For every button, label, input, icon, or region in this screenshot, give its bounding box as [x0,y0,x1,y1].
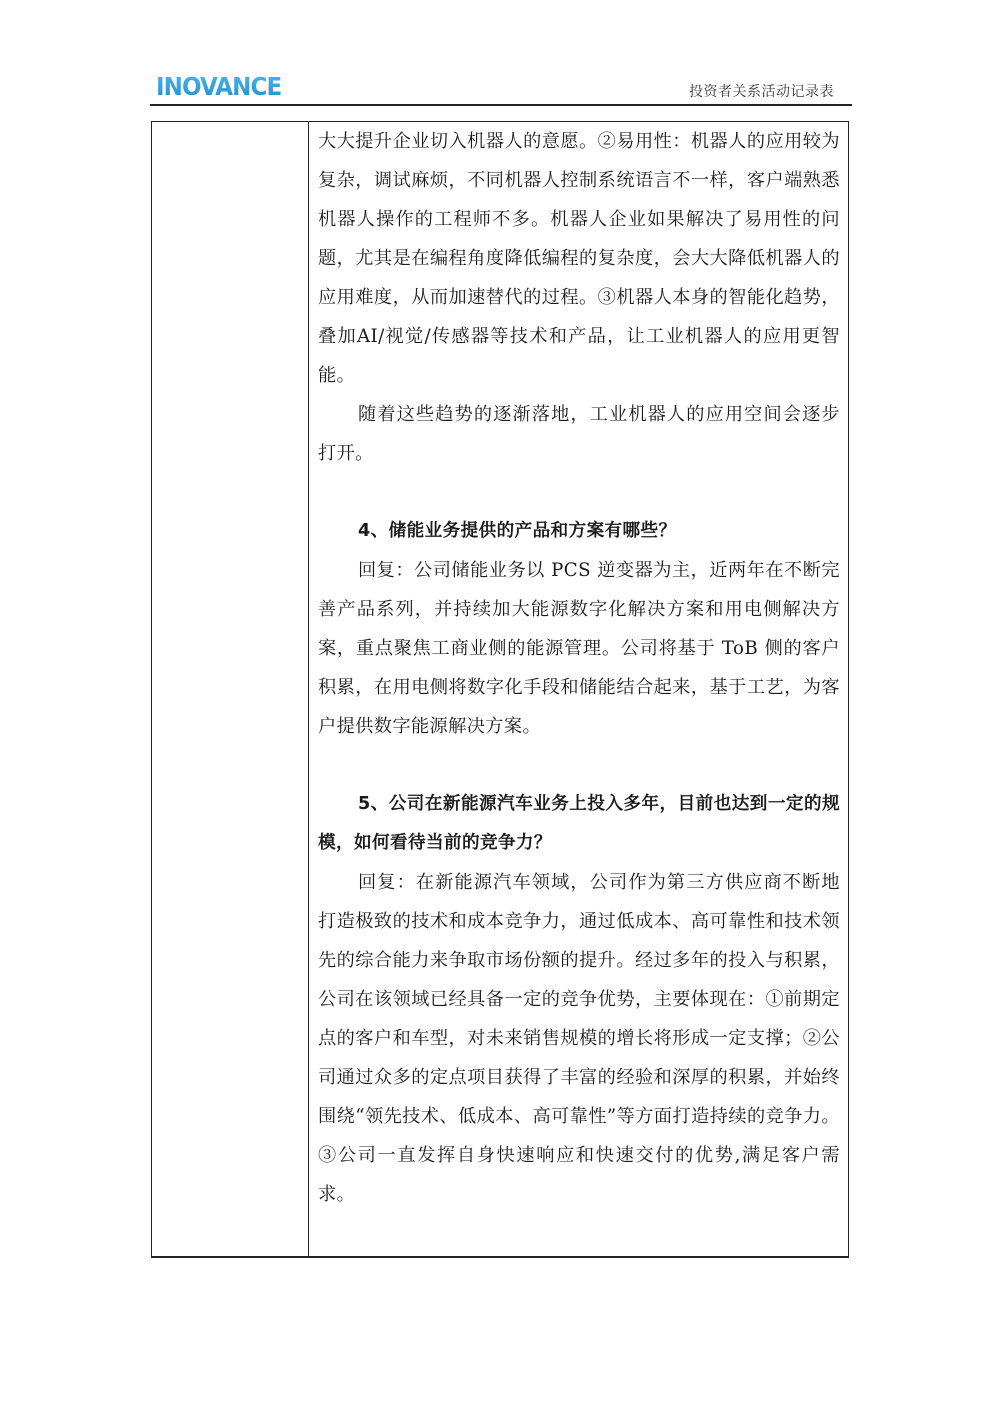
document-title: 投资者关系活动记录表 [689,81,834,101]
inovance-logo: INOVANCE [156,72,281,101]
spacer [318,746,840,785]
conclusion-paragraph: 随着这些趋势的逐渐落地，工业机器人的应用空间会逐步打开。 [318,395,840,473]
page-header: INOVANCE 投资者关系活动记录表 [150,66,852,106]
spacer [318,473,840,512]
question-4: 4、储能业务提供的产品和方案有哪些？ [318,512,840,551]
continuation-paragraph: 大大提升企业切入机器人的意愿。②易用性：机器人的应用较为复杂，调试麻烦，不同机器… [318,122,840,395]
table-content-cell: 大大提升企业切入机器人的意愿。②易用性：机器人的应用较为复杂，调试麻烦，不同机器… [318,122,840,1256]
record-table: 大大提升企业切入机器人的意愿。②易用性：机器人的应用较为复杂，调试麻烦，不同机器… [151,121,849,1258]
question-5: 5、公司在新能源汽车业务上投入多年，目前也达到一定的规模，如何看待当前的竞争力？ [318,785,840,863]
answer-4: 回复：公司储能业务以 PCS 逆变器为主，近两年在不断完善产品系列，并持续加大能… [318,551,840,746]
table-label-cell [152,122,309,1256]
answer-5: 回复：在新能源汽车领域，公司作为第三方供应商不断地打造极致的技术和成本竞争力，通… [318,863,840,1214]
